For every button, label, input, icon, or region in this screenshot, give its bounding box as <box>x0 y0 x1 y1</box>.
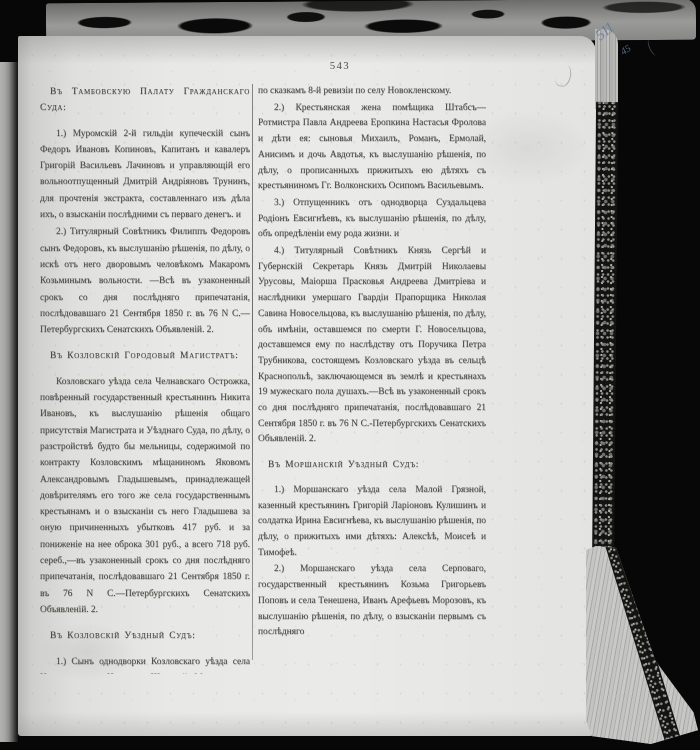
right-text-column: по сказкамъ 8-й ревизіи по селу Новоклен… <box>258 84 486 684</box>
paragraph: 1.) Муромскій 2-й гильдіи купеческій сын… <box>40 126 250 224</box>
paragraph: Козловскаго уѣзда села Челнавскаго Остро… <box>40 374 250 618</box>
page-edge-fan-bottom <box>586 546 698 744</box>
section-header: Въ Тамбовскую Палату Гражданскаго Суда: <box>40 84 250 117</box>
paragraph: 2.) Крестьянская жена помѣщика Штабсъ—Ро… <box>258 101 486 195</box>
scanned-book-photograph: { "document": { "page_number": "543", "h… <box>0 0 700 750</box>
paragraph: 2.) Титулярный Совѣтникъ Филиппъ Федоров… <box>40 224 250 338</box>
paragraph: 2.) Моршанскаго уѣзда села Серповаго, го… <box>258 562 486 641</box>
paragraph: 1.) Сынъ однодворки Козловскаго уѣзда се… <box>40 654 250 675</box>
section-header: Въ Козловскій Городовый Магистратъ: <box>40 348 250 364</box>
section-header: Въ Моршанскій Уѣздный Судъ: <box>258 458 486 474</box>
section-header: Въ Козловскій Уѣздный Судъ: <box>40 628 250 644</box>
paragraph-continuation: по сказкамъ 8-й ревизіи по селу Новоклен… <box>258 84 486 100</box>
pencil-stroke-mark <box>646 37 661 57</box>
pencil-squiggle-mark <box>553 63 573 89</box>
marbled-cover-edge <box>592 102 618 578</box>
left-text-column: Въ Тамбовскую Палату Гражданскаго Суда: … <box>40 84 250 674</box>
paragraph: 4.) Титулярный Совѣтникъ Князь Сергѣй и … <box>258 244 486 448</box>
paragraph: 3.) Отпущенникъ отъ однодворца Суздальце… <box>258 196 486 243</box>
facing-page-gutter-strip <box>0 62 18 742</box>
handwritten-mark-small: 45 <box>619 43 633 58</box>
column-divider-rule <box>252 84 253 660</box>
paragraph: 1.) Моршанскаго уѣзда села Малой Грязной… <box>258 483 486 562</box>
scanned-page: 543 Въ Тамбовскую Палату Гражданскаго Су… <box>18 36 596 736</box>
marbled-cover-edge-diagonal <box>604 537 681 743</box>
page-number: 543 <box>318 61 362 72</box>
